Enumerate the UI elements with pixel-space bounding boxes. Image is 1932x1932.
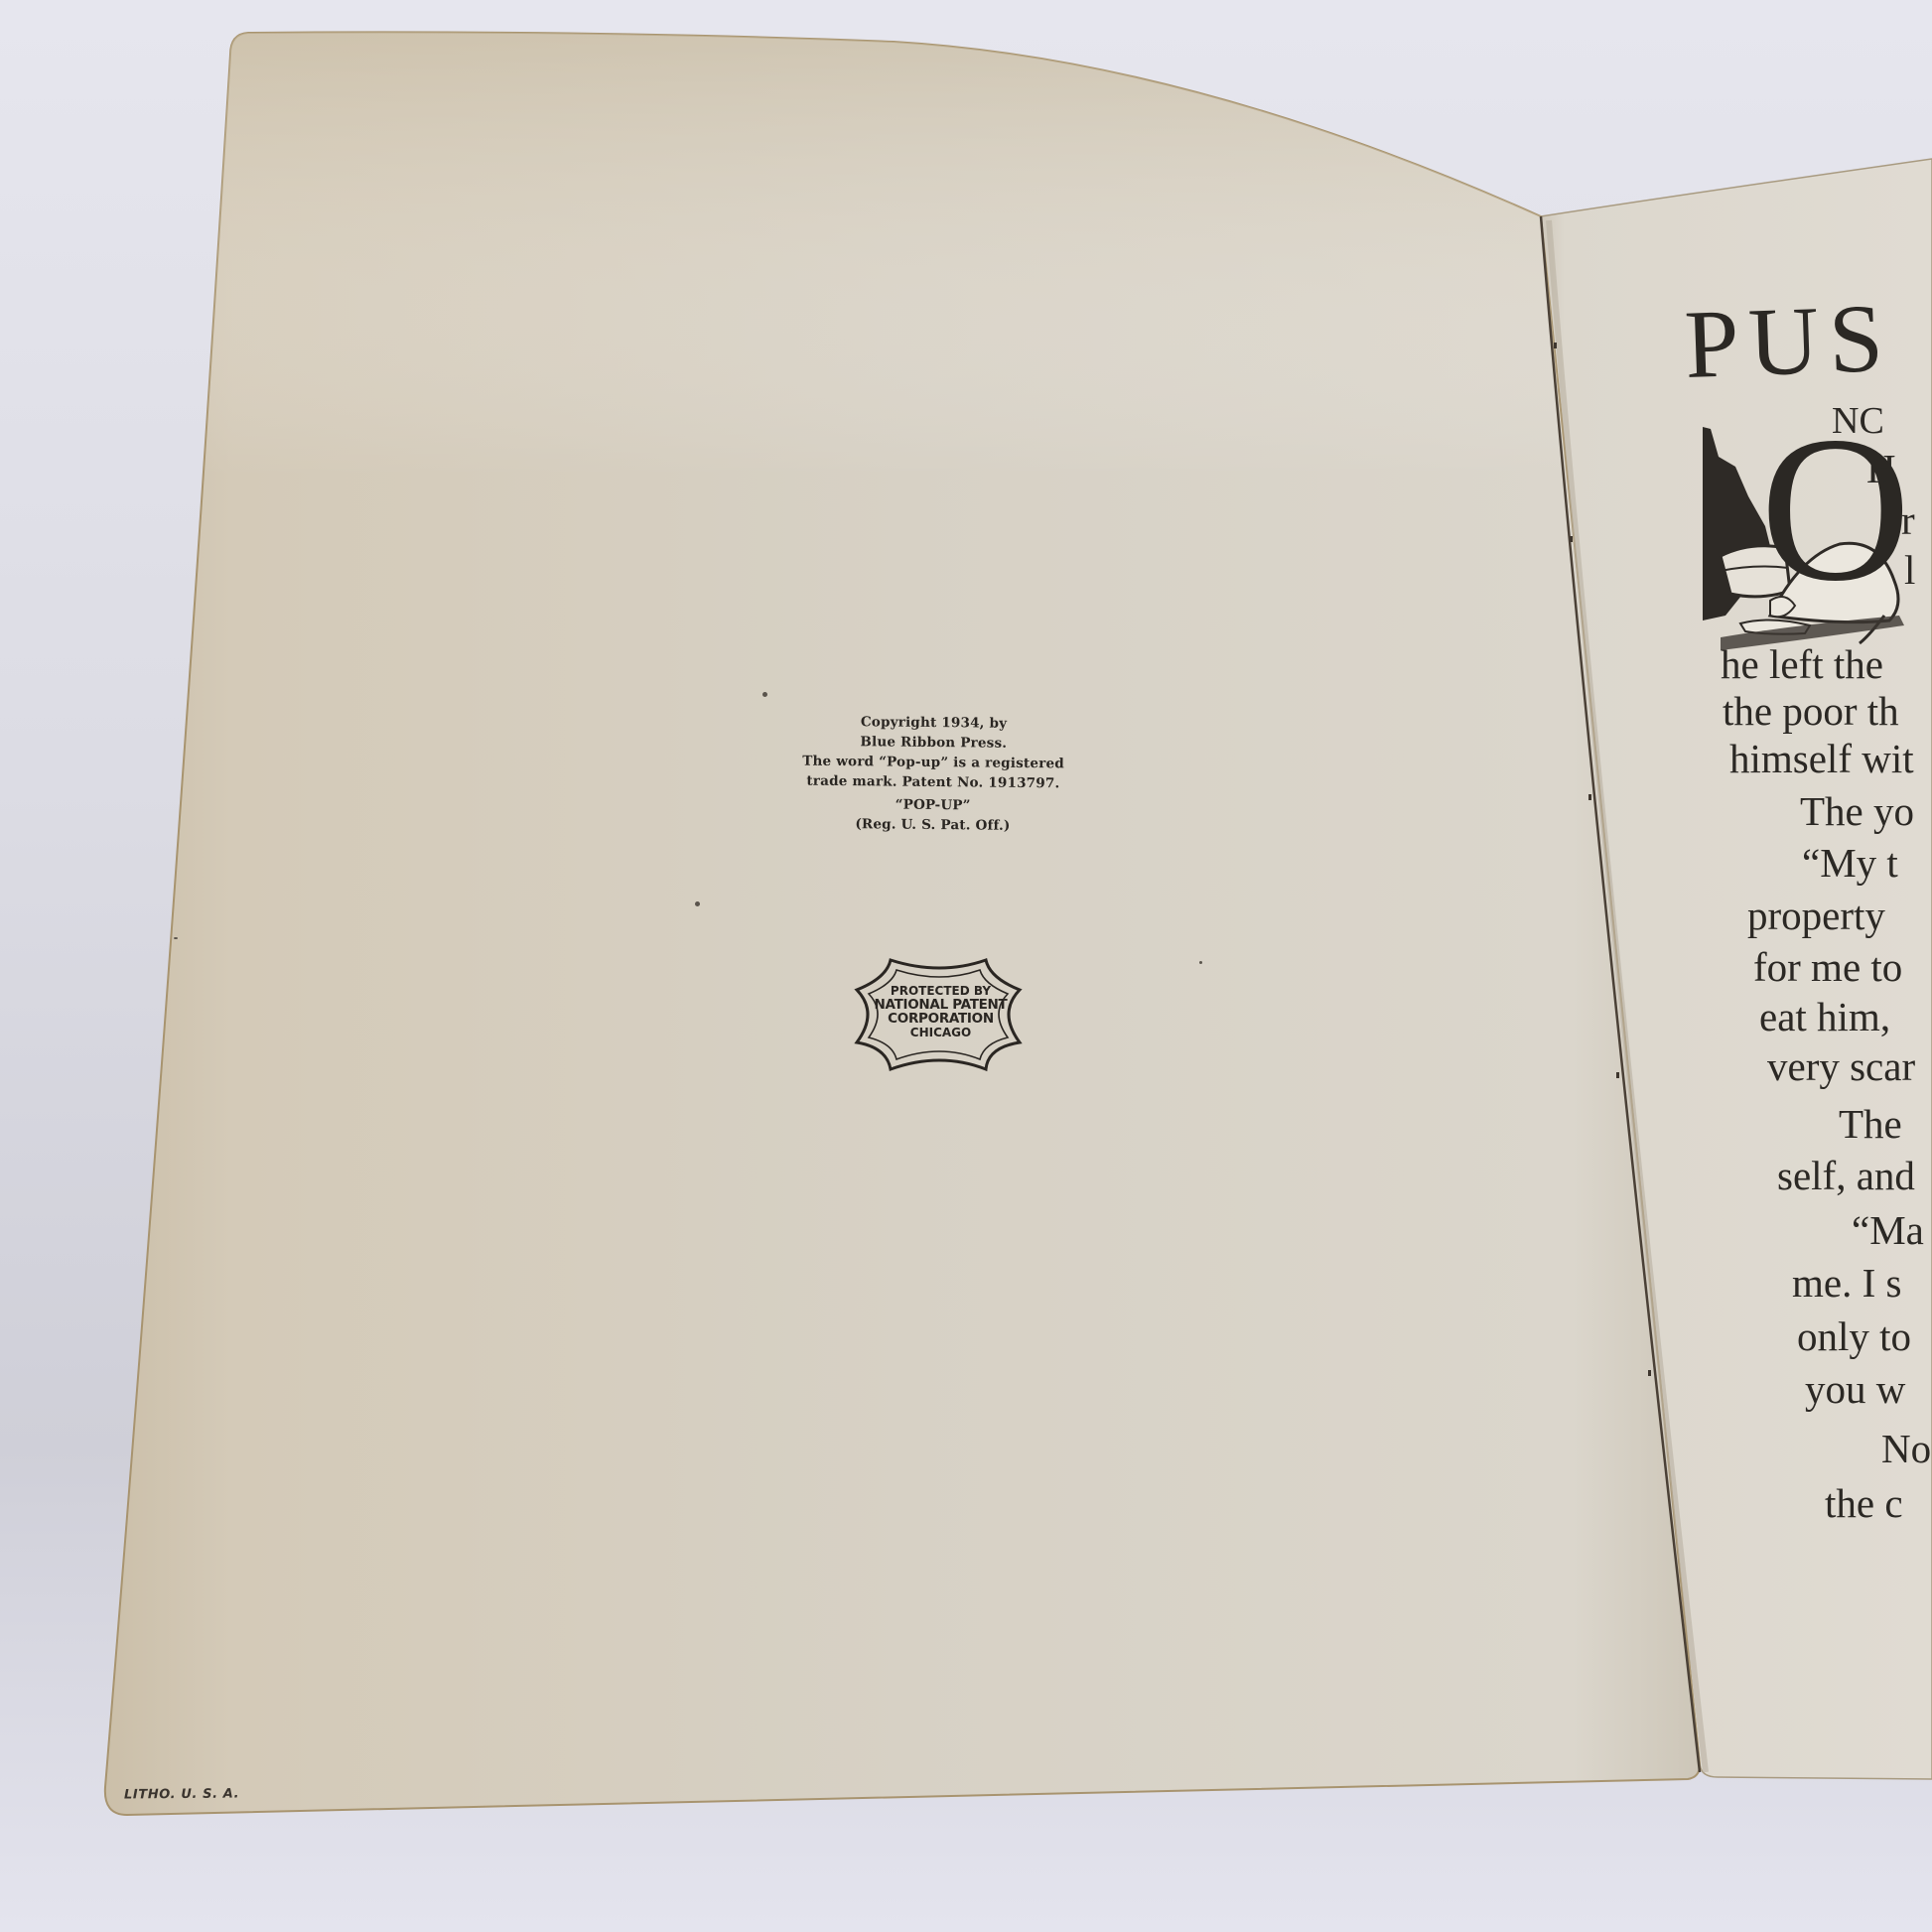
story-line: eat him, — [1759, 993, 1890, 1040]
story-line: for me to — [1753, 943, 1902, 991]
seal-line: NATIONAL PATENT — [849, 998, 1033, 1012]
story-line: you w — [1805, 1365, 1905, 1413]
story-line: he left the — [1721, 640, 1883, 688]
story-line: the poor th — [1723, 687, 1899, 735]
story-line: The yo — [1800, 787, 1914, 835]
story-line: The — [1839, 1100, 1902, 1148]
story-line: self, and — [1777, 1152, 1915, 1199]
copyright-notice: Copyright 1934, by Blue Ribbon Press. Th… — [763, 711, 1102, 837]
story-line: very scar — [1767, 1042, 1915, 1090]
dropcap-adjacent: r — [1901, 496, 1915, 544]
seal-line: CORPORATION — [849, 1012, 1033, 1026]
printer-mark: LITHO. U. S. A. — [124, 1786, 239, 1802]
dropcap-adjacent: H — [1866, 445, 1896, 492]
story-line: “My t — [1802, 839, 1898, 887]
dropcap-adjacent: l — [1904, 546, 1915, 594]
story-line: himself wit — [1729, 735, 1914, 782]
seal-text: PROTECTED BY NATIONAL PATENT CORPORATION… — [849, 984, 1033, 1039]
seal-line: PROTECTED BY — [849, 984, 1033, 998]
story-line: “Ma — [1852, 1206, 1924, 1254]
story-line: the c — [1825, 1479, 1903, 1527]
patent-seal: PROTECTED BY NATIONAL PATENT CORPORATION… — [849, 948, 1033, 1077]
story-line: me. I s — [1792, 1259, 1901, 1307]
paper-speck — [1199, 961, 1202, 964]
seal-line: CHICAGO — [849, 1026, 1033, 1039]
story-line: No — [1881, 1425, 1931, 1472]
paper-speck — [695, 901, 700, 906]
dropcap-adjacent: NC — [1832, 399, 1884, 443]
registration-line: (Reg. U. S. Pat. Off.) — [763, 813, 1101, 837]
story-line: only to — [1797, 1312, 1911, 1360]
story-line: property — [1747, 892, 1885, 939]
patent-line: trade mark. Patent No. 1913797. — [764, 770, 1102, 794]
paper-speck — [762, 692, 767, 697]
paper-speck — [174, 937, 178, 939]
story-title: PUS — [1683, 283, 1895, 401]
book-photo-scene: Copyright 1934, by Blue Ribbon Press. Th… — [0, 0, 1932, 1932]
